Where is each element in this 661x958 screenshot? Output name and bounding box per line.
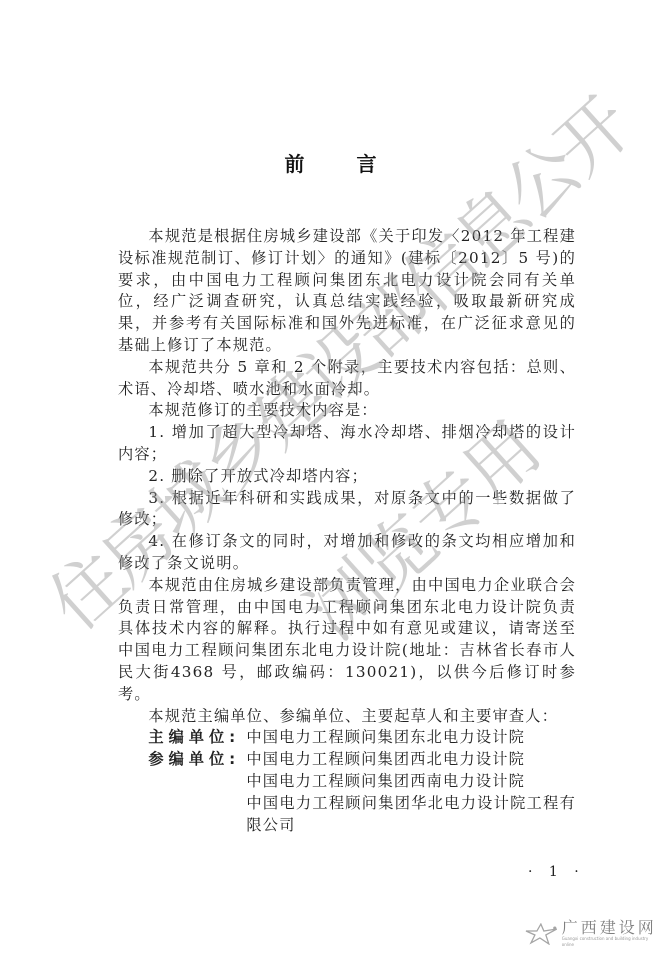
document-page: 前言 本规范是根据住房城乡建设部《关于印发〈2012 年工程建设标准规范制订、修… [0,0,661,958]
revision-item-2: 2. 删除了开放式冷却塔内容； [118,466,576,488]
page-number: · 1 · [528,864,585,880]
participating-unit-2: 中国电力工程顾问集团西南电力设计院 [246,771,576,793]
title-char-2: 言 [357,148,377,177]
chief-unit-value: 中国电力工程顾问集团东北电力设计院 [246,727,576,749]
units-list: 主编单位: 中国电力工程顾问集团东北电力设计院 参编单位: 中国电力工程顾问集团… [118,727,576,836]
revision-item-1: 1. 增加了超大型冷却塔、海水冷却塔、排烟冷却塔的设计内容； [118,422,576,466]
participating-unit-row: 中国电力工程顾问集团华北电力设计院工程有限公司 [118,793,576,837]
page-title: 前言 [0,148,661,177]
participating-unit-1: 中国电力工程顾问集团西北电力设计院 [246,749,576,771]
contents-paragraph: 本规范共分 5 章和 2 个附录，主要技术内容包括：总则、术语、冷却塔、喷水池和… [118,357,576,401]
management-paragraph: 本规范由住房城乡建设部负责管理，由中国电力企业联合会负责日常管理，由中国电力工程… [118,575,576,706]
site-logo-subtitle: Guangxi construction and building indust… [562,936,661,948]
chief-unit-row: 主编单位: 中国电力工程顾问集团东北电力设计院 [118,727,576,749]
units-intro: 本规范主编单位、参编单位、主要起草人和主要审查人： [118,706,576,728]
revision-intro: 本规范修订的主要技术内容是： [118,400,576,422]
star-logo-icon [524,923,558,945]
participating-unit-label: 参编单位: [118,749,246,771]
body-text: 本规范是根据住房城乡建设部《关于印发〈2012 年工程建设标准规范制订、修订计划… [118,226,576,836]
participating-unit-3: 中国电力工程顾问集团华北电力设计院工程有限公司 [246,793,576,837]
revision-item-4: 4. 在修订条文的同时，对增加和修改的条文均相应增加和修改了条文说明。 [118,531,576,575]
title-char-1: 前 [285,148,305,177]
site-logo: 广西建设网 Guangxi construction and building … [524,920,661,948]
participating-unit-row: 中国电力工程顾问集团西南电力设计院 [118,771,576,793]
chief-unit-label: 主编单位: [118,727,246,749]
participating-unit-row: 参编单位: 中国电力工程顾问集团西北电力设计院 [118,749,576,771]
intro-paragraph: 本规范是根据住房城乡建设部《关于印发〈2012 年工程建设标准规范制订、修订计划… [118,226,576,357]
site-logo-name: 广西建设网 [562,920,661,936]
revision-item-3: 3. 根据近年科研和实践成果，对原条文中的一些数据做了修改； [118,488,576,532]
